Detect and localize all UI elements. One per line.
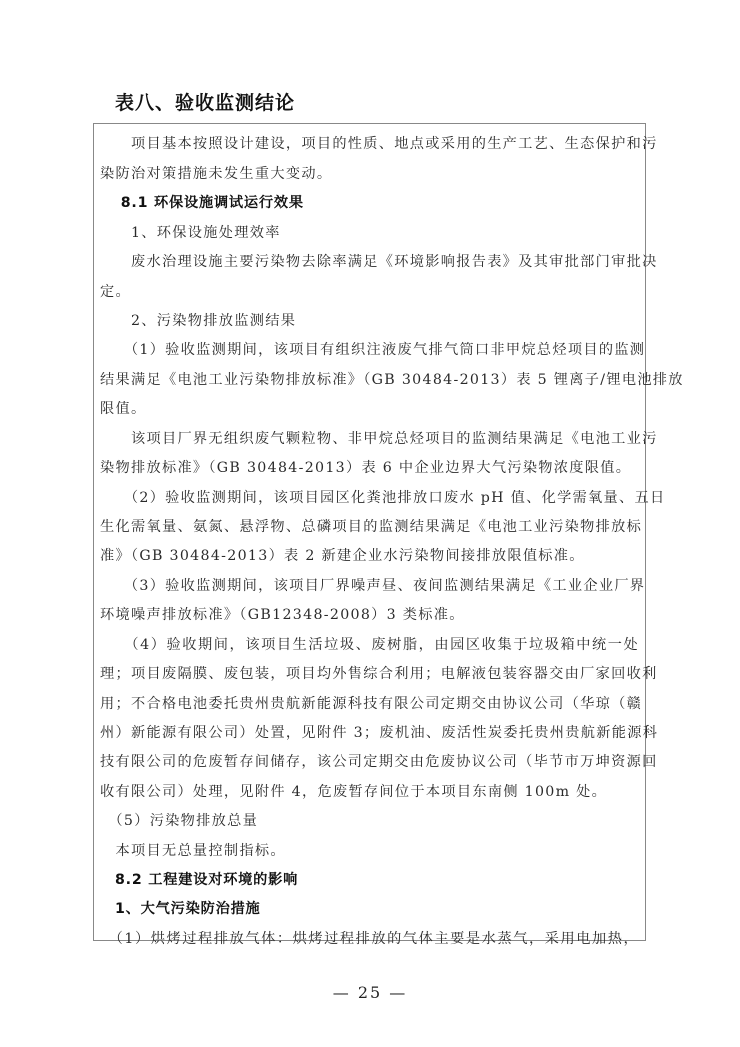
paragraph-line: （1）烘烤过程排放气体：烘烤过程排放的气体主要是水蒸气，采用电加热， bbox=[100, 929, 639, 949]
paragraph-line: 项目基本按照设计建设，项目的性质、地点或采用的生产工艺、生态保护和污 bbox=[100, 134, 639, 154]
paragraph-line: 定。 bbox=[100, 282, 639, 302]
paragraph-line: 染物排放标准》（GB 30484-2013）表 6 中企业边界大气污染物浓度限值… bbox=[100, 458, 639, 478]
paragraph-line: 生化需氧量、氨氮、悬浮物、总磷项目的监测结果满足《电池工业污染物排放标 bbox=[100, 517, 639, 537]
paragraph-line: 州）新能源有限公司）处置，见附件 3；废机油、废活性炭委托贵州贵航新能源科 bbox=[100, 723, 639, 743]
subsection-heading: 1、大气污染防治措施 bbox=[100, 899, 639, 919]
paragraph-line: （3）验收监测期间，该项目厂界噪声昼、夜间监测结果满足《工业企业厂界 bbox=[100, 576, 639, 596]
paragraph-line: 收有限公司）处理，见附件 4，危废暂存间位于本项目东南侧 100m 处。 bbox=[100, 782, 639, 802]
paragraph-line: 结果满足《电池工业污染物排放标准》（GB 30484-2013）表 5 锂离子/… bbox=[100, 370, 639, 390]
paragraph-line: 用；不合格电池委托贵州贵航新能源科技有限公司定期交由协议公司（华琼（赣 bbox=[100, 694, 639, 714]
paragraph-line: 该项目厂界无组织废气颗粒物、非甲烷总烃项目的监测结果满足《电池工业污 bbox=[100, 429, 639, 449]
paragraph-line: 理；项目废隔膜、废包装，项目均外售综合利用；电解液包装容器交由厂家回收利 bbox=[100, 664, 639, 684]
paragraph-line: （4）验收期间，该项目生活垃圾、废树脂，由园区收集于垃圾箱中统一处 bbox=[100, 635, 639, 655]
paragraph-line: 本项目无总量控制指标。 bbox=[100, 841, 639, 861]
paragraph-line: 限值。 bbox=[100, 399, 639, 419]
paragraph-line: （2）验收监测期间，该项目园区化粪池排放口废水 pH 值、化学需氧量、五日 bbox=[100, 488, 639, 508]
paragraph-line: （5）污染物排放总量 bbox=[100, 811, 639, 831]
subsection-heading: 8.1 环保设施调试运行效果 bbox=[100, 193, 639, 213]
paragraph-line: 2、污染物排放监测结果 bbox=[100, 311, 639, 331]
paragraph-line: （1）验收监测期间，该项目有组织注液废气排气筒口非甲烷总烃项目的监测 bbox=[100, 340, 639, 360]
conclusion-table-cell: 项目基本按照设计建设，项目的性质、地点或采用的生产工艺、生态保护和污染防治对策措… bbox=[93, 123, 646, 941]
paragraph-line: 1、环保设施处理效率 bbox=[100, 223, 639, 243]
subsection-heading: 8.2 工程建设对环境的影响 bbox=[100, 870, 639, 890]
paragraph-line: 废水治理设施主要污染物去除率满足《环境影响报告表》及其审批部门审批决 bbox=[100, 252, 639, 272]
section-title: 表八、验收监测结论 bbox=[115, 88, 295, 115]
page-number: — 25 — bbox=[0, 983, 740, 1002]
paragraph-line: 环境噪声排放标准》（GB12348-2008）3 类标准。 bbox=[100, 605, 639, 625]
paragraph-line: 技有限公司的危废暂存间储存，该公司定期交由危废协议公司（毕节市万坤资源回 bbox=[100, 752, 639, 772]
paragraph-line: 染防治对策措施未发生重大变动。 bbox=[100, 164, 639, 184]
paragraph-line: 准》（GB 30484-2013）表 2 新建企业水污染物间接排放限值标准。 bbox=[100, 546, 639, 566]
